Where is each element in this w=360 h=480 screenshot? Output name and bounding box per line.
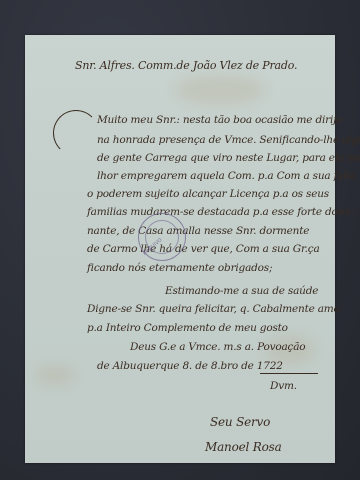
initial-flourish [53,110,99,156]
stain [175,75,265,105]
closing-line: Estimando-me a sua de saúde [165,285,318,297]
signature-name: Manoel Rosa [205,440,282,454]
address-line: Snr. Alfres. Comm.de João Vlez de Prado. [75,59,297,72]
body-line: ficando nós eternamente obrigados; [87,262,272,274]
closing-line: de Albuquerque 8. de 8.bro de 1722 [97,360,283,372]
body-line: Muito meu Snr.: nesta tão boa ocasião me… [97,114,342,126]
body-line: de Carmo lhe há de ver que, Com a sua Gr… [87,243,320,255]
signature-line: Seu Servo [210,415,270,429]
body-line: familias mudarem-se destacada p.a esse f… [87,206,354,218]
archive-stamp: ARQUIVO [138,213,186,261]
closing-line: p.a Inteiro Complemento de meu gosto [87,322,288,334]
body-line: nante, de Casa amalla nesse Snr. dorment… [87,225,309,237]
stain [35,365,75,385]
salutation: Dvm. [270,380,297,392]
body-line: na honrada presença de Vmce. Senificando… [97,134,360,146]
body-line: o poderem sujeito alcançar Licença p.a o… [87,188,329,200]
body-line: de gente Carrega que viro neste Lugar, p… [97,152,360,164]
closing-line: Digne-se Snr. queira felicitar, q. Cabal… [87,303,340,315]
closing-line: Deus G.e a Vmce. m.s a. Povoação [130,341,305,353]
body-line: lhor empregarem aquela Com. p.a Com a su… [97,170,357,182]
date-underline [260,373,318,374]
